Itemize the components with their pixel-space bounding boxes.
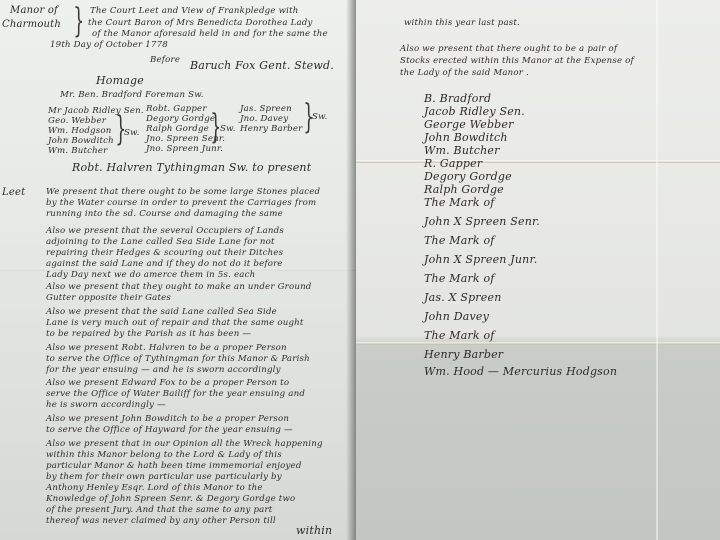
tithingman-line: Robt. Halvren Tythingman Sw. to present: [72, 163, 311, 173]
homage-foreman: Mr. Ben. Bradford Foreman Sw.: [60, 90, 204, 100]
signature: Jas. X Spreen: [424, 291, 617, 304]
juror: Henry Barber: [240, 124, 302, 134]
presentment-2-line-2: adjoining to the Lane called Sea Side La…: [46, 237, 275, 247]
sworn-mark-2: Sw.: [220, 124, 236, 134]
mark-of-label: The Mark of: [424, 234, 617, 247]
court-heading-line-1: The Court Leet and View of Frankpledge w…: [90, 6, 298, 16]
jurors-column-3: Jas. Spreen Jno. Davey Henry Barber: [240, 104, 302, 134]
presentment-5-line-2: to serve the Office of Tythingman for th…: [46, 354, 310, 364]
stocks-presentment-line-1: Also we present that there ought to be a…: [400, 44, 617, 54]
presentment-7-line-2: to serve the Office of Hayward for the y…: [46, 425, 293, 435]
signature: George Webber: [424, 118, 617, 131]
left-page: Manor of Charmouth } The Court Leet and …: [0, 0, 356, 540]
continuation-line: within this year last past.: [404, 18, 520, 28]
sworn-mark-1: Sw.: [124, 128, 140, 138]
presentment-8-line-1: Also we present that in our Opinion all …: [46, 439, 323, 449]
presentment-1-line-1: We present that there ought to be some l…: [46, 187, 320, 197]
presentment-1-line-2: by the Water course in order to prevent …: [46, 198, 316, 208]
margin-label-leet: Leet: [2, 188, 25, 198]
stocks-presentment-line-3: the Lady of the said Manor .: [400, 68, 529, 78]
presentment-1-line-3: running into the sd. Course and damaging…: [46, 209, 283, 219]
presentment-4-line-1: Also we present that the said Lane calle…: [46, 307, 277, 317]
signature: John X Spreen Senr.: [424, 215, 617, 228]
presentment-3-line-1: Also we present that they ought to make …: [46, 282, 312, 292]
presentment-7-line-1: Also we present John Bowditch to be a pr…: [46, 414, 289, 424]
margin-heading-line-2: Charmouth: [2, 20, 61, 30]
presentment-6-line-2: serve the Office of Water Bailiff for th…: [46, 389, 305, 399]
presentment-6-line-1: Also we present Edward Fox to be a prope…: [46, 378, 289, 388]
presentment-8-line-4: by them for their own particular use par…: [46, 472, 282, 482]
heading-brace: }: [73, 4, 84, 38]
catchword: within: [296, 526, 332, 536]
presentment-4-line-2: Lane is very much out of repair and that…: [46, 318, 304, 328]
court-heading-line-3: of the Manor aforesaid held in and for t…: [92, 29, 328, 39]
signature: R. Gapper: [424, 157, 617, 170]
signature: John X Spreen Junr.: [424, 253, 617, 266]
signature: John Bowditch: [424, 131, 617, 144]
sworn-mark-3: Sw.: [312, 112, 328, 122]
presentment-8-line-8: thereof was never claimed by any other P…: [46, 516, 276, 526]
presentment-5-line-1: Also we present Robt. Halvren to be a pr…: [46, 343, 287, 353]
before-label: Before: [150, 55, 180, 65]
presentment-8-line-7: of the present Jury. And that the same t…: [46, 505, 272, 515]
signature: Wm. Hood — Mercurius Hodgson: [424, 365, 617, 378]
court-heading-line-2: the Court Baron of Mrs Benedicta Dorothe…: [88, 18, 313, 28]
signature: Wm. Butcher: [424, 144, 617, 157]
presentment-2-line-4: against the said Lane and if they do not…: [46, 259, 283, 269]
signature: Jacob Ridley Sen.: [424, 105, 617, 118]
signature: Ralph Gordge: [424, 183, 617, 196]
presentment-4-line-3: to be repaired by the Parish as it has b…: [46, 329, 251, 339]
right-page: within this year last past. Also we pres…: [356, 0, 720, 540]
presentment-2-line-1: Also we present that the several Occupie…: [46, 226, 284, 236]
stocks-presentment-line-2: Stocks erected within this Manor at the …: [400, 56, 634, 66]
homage-heading: Homage: [96, 76, 144, 86]
mark-of-label: The Mark of: [424, 329, 617, 342]
presentment-8-line-6: Knowledge of John Spreen Senr. & Degory …: [46, 494, 295, 504]
steward-name: Baruch Fox Gent. Stewd.: [190, 61, 334, 71]
signature: Degory Gordge: [424, 170, 617, 183]
mark-of-label: The Mark of: [424, 272, 617, 285]
fold-crease-vertical: [656, 0, 658, 540]
mark-of-label: The Mark of: [424, 196, 617, 209]
signature: Henry Barber: [424, 348, 617, 361]
juror: Jno. Davey: [240, 114, 302, 124]
presentment-2-line-5: Lady Day next we do amerce them in 5s. e…: [46, 270, 255, 280]
margin-heading-line-1: Manor of: [10, 6, 58, 16]
juror: Mr Jacob Ridley Sen.: [48, 106, 144, 116]
juror: Geo. Webber: [48, 116, 144, 126]
juror: Jas. Spreen: [240, 104, 302, 114]
presentment-2-line-3: repairing their Hedges & scouring out th…: [46, 248, 283, 258]
presentment-8-line-2: within this Manor belong to the Lord & L…: [46, 450, 282, 460]
presentment-3-line-2: Gutter opposite their Gates: [46, 293, 171, 303]
court-date: 19th Day of October 1778: [50, 40, 168, 50]
juror: Wm. Butcher: [48, 146, 144, 156]
signatures-list: B. Bradford Jacob Ridley Sen. George Web…: [424, 92, 617, 378]
signature: B. Bradford: [424, 92, 617, 105]
presentment-6-line-3: he is sworn accordingly —: [46, 400, 166, 410]
presentment-8-line-3: particular Manor & hath been time immemo…: [46, 461, 302, 471]
presentment-8-line-5: Anthony Henley Esqr. Lord of this Manor …: [46, 483, 263, 493]
signature: John Davey: [424, 310, 617, 323]
presentment-5-line-3: for the year ensuing — and he is sworn a…: [46, 365, 281, 375]
